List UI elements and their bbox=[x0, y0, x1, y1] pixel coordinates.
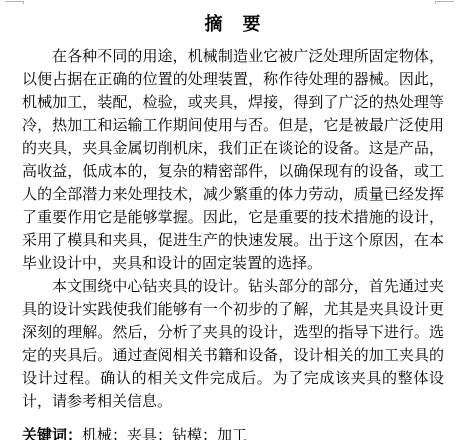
keywords-line: 关键词：机械；夹具；钻模；加工 bbox=[22, 425, 444, 440]
text-boundary-mark-top-right-horizontal bbox=[435, 1, 454, 2]
text-boundary-mark-top-right-vertical bbox=[435, 1, 436, 4]
keywords-text: 机械；夹具；钻模；加工 bbox=[82, 428, 247, 440]
keywords-label: 关键词： bbox=[22, 428, 82, 440]
text-boundary-mark-top-left-horizontal bbox=[5, 1, 24, 2]
abstract-content: 摘 要 在各种不同的用途，机械制造业它被广泛处理所固定物体，以便占据在正确的位置… bbox=[22, 12, 444, 440]
abstract-paragraph-2: 本文围绕中心钻夹具的设计。钻头部分的部分，首先通过夹具的设计实践使我们能够有一个… bbox=[22, 276, 444, 414]
abstract-title: 摘 要 bbox=[22, 12, 444, 36]
document-page: 摘 要 在各种不同的用途，机械制造业它被广泛处理所固定物体，以便占据在正确的位置… bbox=[0, 0, 466, 440]
text-boundary-mark-top-left-vertical bbox=[23, 1, 24, 4]
abstract-paragraph-1: 在各种不同的用途，机械制造业它被广泛处理所固定物体，以便占据在正确的位置的处理装… bbox=[22, 46, 444, 276]
abstract-body: 在各种不同的用途，机械制造业它被广泛处理所固定物体，以便占据在正确的位置的处理装… bbox=[22, 46, 444, 414]
